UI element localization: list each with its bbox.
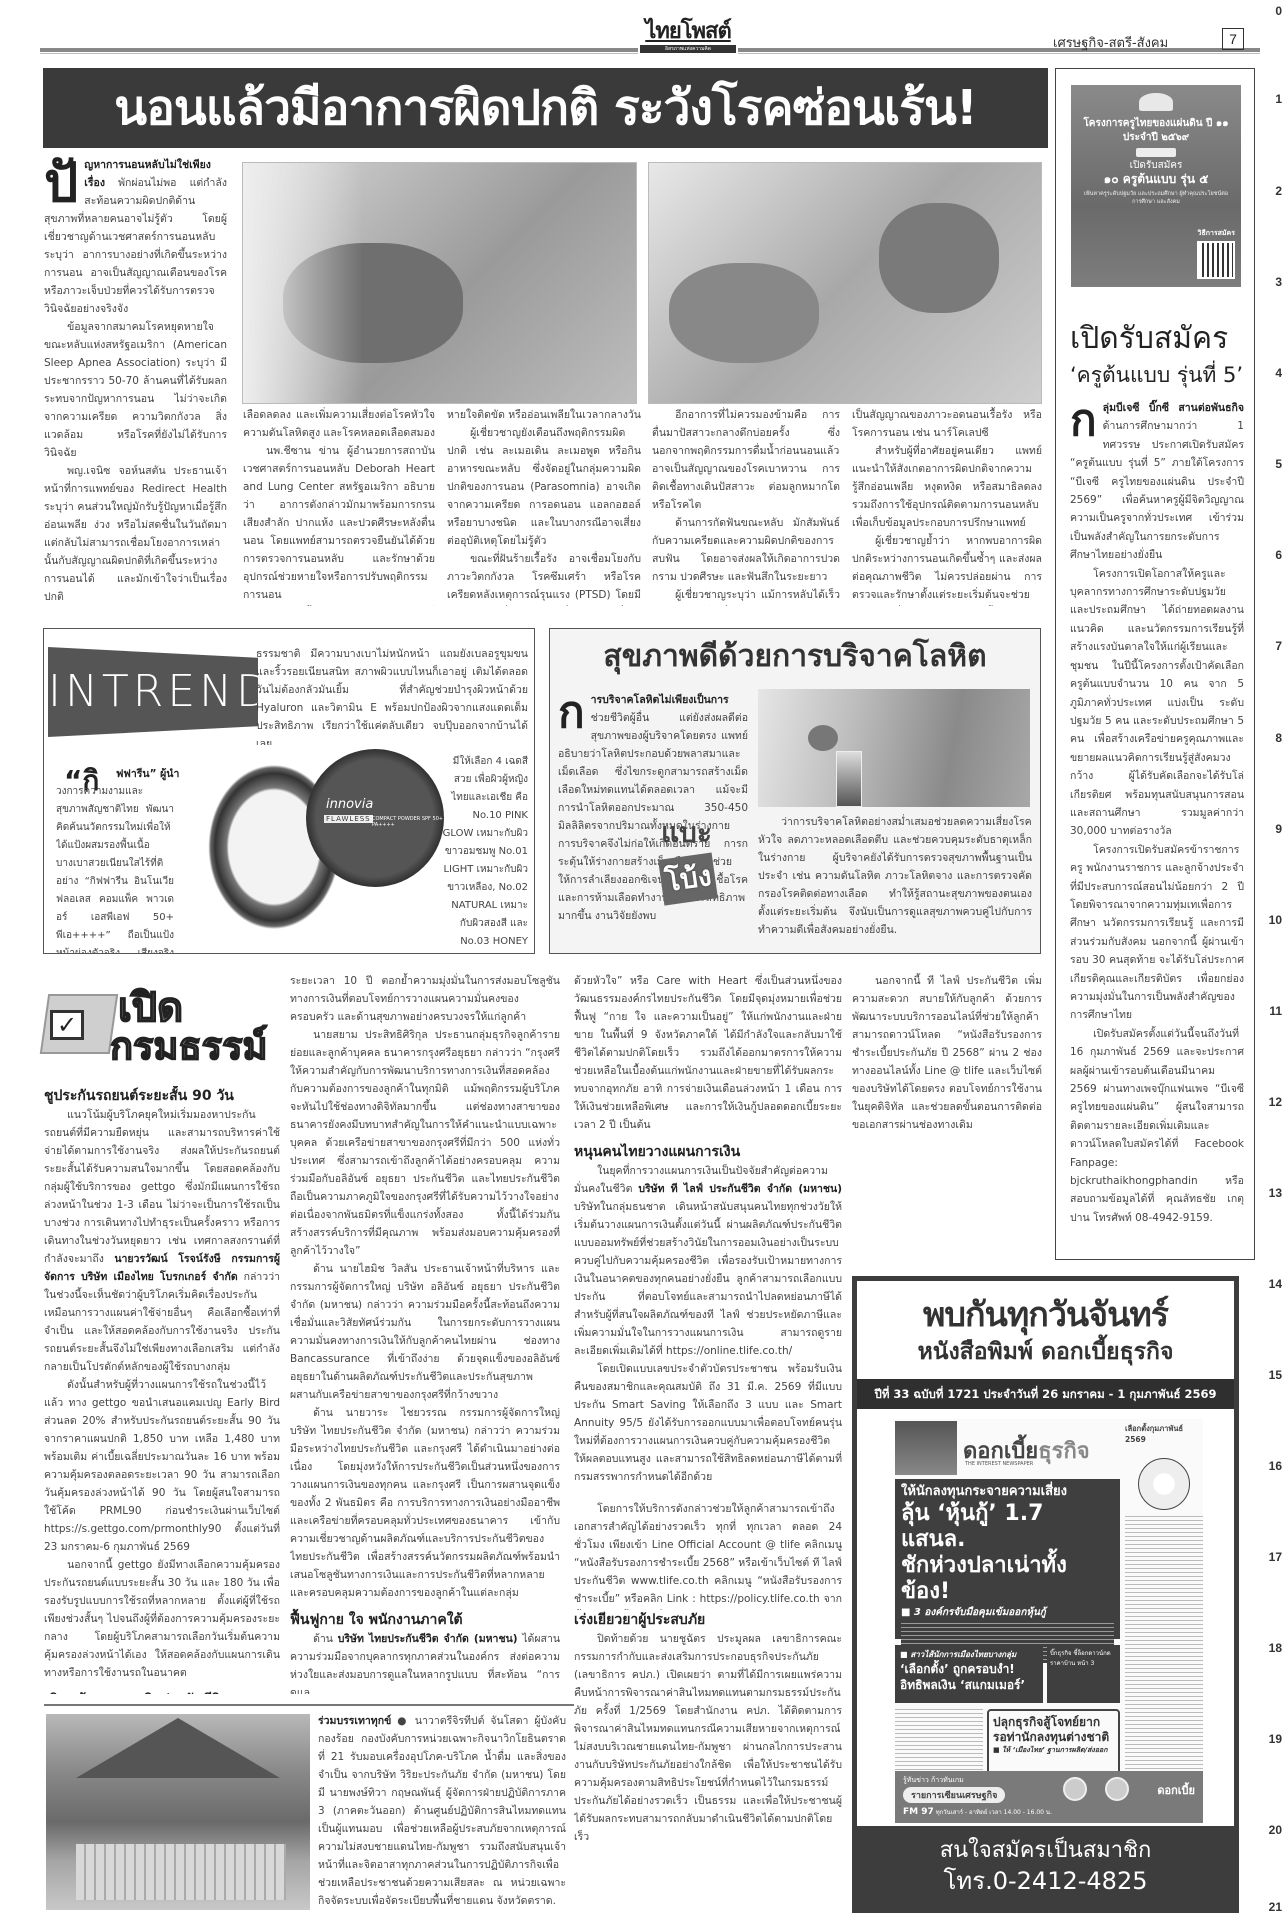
text: ด้าน [313,1633,333,1645]
paragraph: สำหรับผู้ที่อาศัยอยู่คนเดียว แพทย์แนะนำใ… [852,442,1042,532]
poster-line1: โครงการครูไทยของแผ่นดิน ปี ๑๑ [1071,117,1241,131]
column-title-2: กรมธรรม์ [110,1024,268,1068]
paragraph: ด้าน บริษัท ไทยประกันชีวิต จำกัด (มหาชน)… [290,1630,560,1694]
paragraph: โครงการเปิดรับสมัครข้าราชการครู พนักงานร… [1070,841,1244,1025]
paragraph: ด้าน นายวาระ ไชยวรรณ กรรมการผู้จัดการใหญ… [290,1404,560,1602]
ruler-mark: 10 [1269,913,1282,927]
paragraph: มีให้เลือก 4 เฉดสี สวย เพื่อผิวผู้หญิงไท… [442,753,528,951]
poster-line3: เปิดรับสมัคร [1071,160,1241,172]
sleep-article-col5: เป็นสัญญาณของภาวะอดนอนเรื้อรัง หรือโรคกา… [852,406,1042,606]
paragraph: อีกอาการที่ไม่ควรมองข้ามคือ การตื่นมาปัส… [652,406,840,514]
text: แนวโน้มผู้บริโภคยุคใหม่เริ่มมองหาประกันร… [44,1109,280,1265]
paragraph: โดยเปิดแบบเลขประจำตัวบัตรประชาชน พร้อมรั… [574,1360,842,1486]
qr-label: วิธีการสมัคร [1198,228,1235,239]
bullet-icon: ● [397,1715,409,1727]
intrend-banner: INTREND [48,647,258,737]
sidebar-title: เปิดรับสมัคร [1070,321,1228,357]
lead-bold: ลุ่มบีเจซี บิ๊กซี สานต่อพันธกิจ [1103,402,1244,414]
ruler-mark: 1 [1275,92,1282,106]
dropcap: ก [1070,401,1097,441]
blood-title: สุขภาพดีด้วยการบริจาคโลหิต [550,635,1040,679]
front-page-thumbnail [895,1421,957,1475]
stamp-text-1: แบะ [661,816,712,849]
tree-logo-icon [1139,93,1173,111]
intrend-advertorial: INTREND ธรรมชาติ มีความบางเบาไม่หนักหน้า… [43,628,535,954]
ruler-mark: 3 [1275,275,1282,289]
paragraph: เป็นสัญญาณของภาวะอดนอนเรื้อรัง หรือโรคกา… [852,406,1042,442]
sponsor-logos [1136,148,1176,157]
sidebar-subtitle: ‘ครูต้นแบบ รุ่นที่ 5’ [1070,361,1243,389]
csr-caption: ร่วมบรรเทาทุกข์ ● นาวาตรีจิรทีปต์ จันโสด… [318,1712,566,1912]
text: บริษัทในกลุ่มธนชาต เดินหน้าสนับสนุนคนไทย… [574,1201,842,1357]
paragraph: นอกจากนี้ gettgo ยังมีทางเลือกความคุ้มคร… [44,1556,280,1682]
product-brand: innovia [326,797,373,812]
ruler-mark: 5 [1275,457,1282,471]
paragraph: ระยะเวลา 10 ปี ตอกย้ำความมุ่งมั่นในการส่… [290,972,560,1026]
stamp-text-2: โบ้ง [658,852,718,905]
product-type: COMPACT POWDER SPF 50+ PA++++ [372,816,444,828]
paragraph: ผู้เชี่ยวชาญยังเตือนถึงพฤติกรรมผิดปกติ เ… [447,424,641,550]
subheading: หนุนคนไทยวางแผนการเงิน [574,1142,842,1162]
donated-supplies-shape [76,1844,286,1900]
paragraph: เปิดรับสมัครตั้งแต่วันนี้จนถึงวันที่ 16 … [1070,1025,1244,1227]
ruler-mark: 4 [1275,366,1282,380]
sidebar-header: เลือกตั้งกุมภาพันธ์ 2569 [1125,1423,1203,1444]
subheading: ฟื้นฟูกาย ใจ พนักงานภาคใต้ [290,1610,560,1630]
paragraph: นอกจากนี้ การกรนเสียงดังผิดปกติ ก็อาจเป็… [243,604,435,606]
stress-ball-shape [808,725,838,751]
paragraph: ด้านการกัดฟันขณะหลับ มักสัมพันธ์กับความเ… [652,514,840,586]
text: กล่าวว่า ในช่วงนี้จะเห็นชัดว่าผู้บริโภคเ… [44,1271,280,1373]
dropcap: ก [558,693,585,733]
newspaper-front-page-image: ดอกเบี้ยธุรกิจ THE INTEREST NEWSPAPER เล… [895,1419,1203,1819]
intrend-shades-text: มีให้เลือก 4 เฉดสี สวย เพื่อผิวผู้หญิงไท… [442,753,528,951]
sleep-article-col3: หายใจติดขัด หรืออ่อนเพลียในเวลากลางวัน ผ… [447,406,641,606]
ruler-mark: 2 [1275,184,1282,198]
front-page-lead-story: ให้นักลงทุนกระจายความเสี่ยง ลุ้น ‘หุ้นกู… [895,1479,1120,1639]
lead-headline-1: ลุ้น ‘หุ้นกู้’ 1.7 แสนล. [901,1501,1114,1553]
building-roof-shape [76,1718,280,1778]
ruler-mark: 17 [1269,1550,1282,1564]
ruler-mark: 9 [1275,822,1282,836]
subheading: เร่งเยียวยาผู้ประสบภัย [574,1610,842,1630]
poster-line5: เฟ้นหาครูระดับปฐมวัย และประถมศึกษา ผู้ทำ… [1071,190,1241,206]
paragraph: ผู้เชี่ยวชาญย้ำว่า หากพบอาการผิดปกติระหว… [852,532,1042,606]
paragraph: วงการความงามและสุขภาพสัญชาติไทย พัฒนาคิด… [56,783,174,953]
blood-bag-shape [836,751,862,807]
csr-group-photo [46,1714,310,1910]
logo-text: ไทยโพสต์ [645,19,731,44]
bold-name: บริษัท ที ไลฟ์ ประกันชีวิต จำกัด (มหาชน) [638,1183,842,1195]
paragraph: ด้วยหัวใจ” หรือ Care with Heart ซึ่งเป็น… [574,972,842,1134]
ruler-mark: 20 [1269,1823,1282,1837]
front-page-sidebar: เลือกตั้งกุมภาพันธ์ 2569 [1125,1419,1203,1819]
paragraph: ด้าน นายไฮมิช วิลสัน ประธานเจ้าหน้าที่บร… [290,1260,560,1404]
main-headline: นอนแล้วมีอาการผิดปกติ ระวังโรคซ่อนเร้น! [43,68,1048,148]
ruler-mark: 15 [1269,1368,1282,1382]
paragraph: นพ.ชีซาน ข่าน ผู้อำนวยการสถาบันเวชศาสตร์… [243,442,435,604]
subheading: ชูประกันรถยนต์ระยะสั้น 90 วัน [44,1086,280,1106]
page-number: 7 [1222,28,1244,50]
paragraph: นายสยาม ประสิทธิศิริกุล ประธานกลุ่มธุรกิ… [290,1026,560,1260]
paragraph: ธรรมชาติ มีความบางเบาไม่หนักหน้า แถมยังเ… [256,645,528,745]
paragraph: ขณะที่ฝันร้ายเรื้อรัง อาจเชื่อมโยงกับภาว… [447,550,641,606]
ruler-mark: 8 [1275,731,1282,745]
paragraph: เลือดลดลง และเพิ่มความเสี่ยงต่อโรคหัวใจ … [243,406,435,442]
lead-kicker: ให้นักลงทุนกระจายความเสี่ยง [901,1483,1114,1501]
ruler-mark: 21 [1269,1900,1282,1914]
paragraph: ว่าการบริจาคโลหิตอย่างสม่ำเสมอช่วยลดความ… [758,813,1032,939]
sleep-article-col4: อีกอาการที่ไม่ควรมองข้ามคือ การตื่นมาปัส… [652,406,840,606]
radio-station: FM 97 [903,1807,934,1817]
blood-donation-article: สุขภาพดีด้วยการบริจาคโลหิต ก ารบริจาคโลห… [549,628,1041,954]
paragraph: พญ.เจนิซ จอห์นสตัน ประธานเจ้าหน้าที่การแ… [44,462,227,606]
paragraph: ดังนั้นสำหรับผู้ที่วางแผนการใช้รถในช่วงน… [44,1376,280,1556]
ruler-mark: 7 [1275,639,1282,653]
paragraph: นอกจากนี้ ที ไลฟ์ ประกันชีวิต เพิ่มความส… [852,972,1042,1134]
sidebar-teacher-recruitment: โครงการครูไทยของแผ่นดิน ปี ๑๑ ประจำปี ๒๕… [1055,68,1255,1260]
sleep-photo-man-snoring [242,162,637,404]
paragraph: หายใจติดขัด หรืออ่อนเพลียในเวลากลางวัน [447,406,641,424]
ruler-mark: 16 [1269,1459,1282,1473]
bold-name: บริษัท ไทยประกันชีวิต จำกัด (มหาชน) [338,1633,518,1645]
lead-bold: ารบริจาคโลหิตไม่เพียงเป็นการ [591,694,729,706]
paragraph: ในยุคที่การวางแผนการเงินเป็นปัจจัยสำคัญต… [574,1162,842,1360]
radio-brand: ดอกเบี้ย [1157,1781,1195,1799]
photo-pillow-shape [243,163,363,404]
sleep-article-col1: ปั ญหาการนอนหลับไม่ใช่เพียงเรื่อง พักผ่อ… [44,156,227,606]
subscribe-text: สนใจสมัครเป็นสมาชิก [857,1836,1234,1866]
ruler-mark: 11 [1269,1004,1282,1018]
zodiac-wheel-icon [1138,1458,1190,1510]
radio-tagline: รู้ทันข่าว ก้าวทันเกม [903,1775,964,1786]
photo-subject-shape [879,203,999,313]
logo-part-b: ธุรกิจ [1038,1439,1089,1464]
blood-right-text: ว่าการบริจาคโลหิตอย่างสม่ำเสมอช่วยลดความ… [758,813,1032,949]
column-stamp-logo: แบะโบ้ง [661,810,757,856]
radio-program-name: รายการเซียนเศรษฐกิจ [903,1787,1005,1803]
section-label: เศรษฐกิจ-สตรี-สังคม [1053,32,1168,53]
blood-donation-photo [758,689,1030,807]
ruler-mark: 6 [1275,548,1282,562]
recruitment-poster: โครงการครูไทยของแผ่นดิน ปี ๑๑ ประจำปี ๒๕… [1071,85,1241,287]
caption-bold: ร่วมบรรเทาทุกข์ [318,1715,391,1727]
host-photo-1 [1063,1777,1087,1801]
caption-text: นาวาตรีจิรทีปต์ จันโสดา ผู้บังคับกองร้อย… [318,1715,566,1907]
ruler-mark: 19 [1269,1732,1282,1746]
kerd-col2: ระยะเวลา 10 ปี ตอกย้ำความมุ่งมั่นในการส่… [290,972,560,1694]
lead-bold: ฟฟารีน” ผู้นำ [116,768,179,780]
ad-headline: พบกันทุกวันจันทร์ [857,1295,1234,1335]
story-headline: ปลุกธุรกิจสู้โจทย์ยาก รอท่านักลงทุนต่างช… [993,1715,1114,1745]
paragraph: โครงการเปิดโอกาสให้ครูและบุคลากรทางการศึ… [1070,565,1244,841]
product-line: FLAWLESS [324,815,373,823]
schedule-text: ทุกวันเสาร์ - อาทิตย์ เวลา 14.00 - 16.00… [936,1809,1052,1816]
ruler-mark: 0 [1275,4,1282,18]
poster-line4: ๑๐ ครูต้นแบบ รุ่น ๕ [1071,172,1241,186]
poster-line2: ประจำปี ๒๕๖๙ [1071,131,1241,145]
front-page-story-3: บิ๊กธุรกิจ ชี้ล็อกดาวน์กดราคาบ้าน หน้า 3 [1047,1645,1120,1703]
ad-issue-bar: ปีที่ 33 ฉบับที่ 1721 ประจำวันที่ 26 มกร… [857,1379,1234,1409]
sleep-photo-couple-in-bed [648,162,1042,404]
compact-powder-lid-image: innovia FLAWLESS COMPACT POWDER SPF 50+ … [306,749,444,887]
subscribe-phone[interactable]: โทร.0-2412-4825 [857,1866,1234,1896]
radio-program-banner: รู้ทันข่าว ก้าวทันเกม รายการเซียนเศรษฐกิ… [895,1771,1203,1823]
ruler-mark: 13 [1269,1186,1282,1200]
story-kicker: ■ สาวไส้นักการเมืองไทยบางกลุ่ม [900,1648,1038,1661]
intrend-right-text: ธรรมชาติ มีความบางเบาไม่หนักหน้า แถมยังเ… [256,645,528,745]
qr-code-icon[interactable] [1197,241,1235,279]
newspaper-logo: ไทยโพสต์ อิสรภาพแห่งความคิด [638,20,738,56]
subscription-cta[interactable]: สนใจสมัครเป็นสมาชิก โทร.0-2412-4825 [857,1826,1234,1908]
kerd-col1: ชูประกันรถยนต์ระยะสั้น 90 วัน แนวโน้มผู้… [44,1086,280,1694]
lead-subhead: ■ 3 องค์กรจับมือคุมเข้มออกหุ้นกู้ [901,1605,1114,1621]
front-page-story-2: ■ สาวไส้นักการเมืองไทยบางกลุ่ม ‘เลือกตั้… [895,1645,1043,1703]
sleep-article-col2: เลือดลดลง และเพิ่มความเสี่ยงต่อโรคหัวใจ … [243,406,435,606]
intrend-left-text: วงการความงามและสุขภาพสัญชาติไทย พัฒนาคิด… [56,783,174,953]
logo-subtitle: THE INTEREST NEWSPAPER [965,1461,1033,1467]
paragraph: ร่วมบรรเทาทุกข์ ● นาวาตรีจิรทีปต์ จันโสด… [318,1712,566,1910]
story-subhead: ■ ให้ ‘เมืองไทย’ ฐานการผลิต/ส่งออก [993,1745,1114,1756]
checkbox-check-icon: ✓ [50,1010,84,1040]
story-headline: ‘เลือกตั้ง’ ถูกครอบงำ! อิทธิพลเงิน ‘สแกม… [900,1661,1038,1693]
radio-schedule: FM 97 ทุกวันเสาร์ - อาทิตย์ เวลา 14.00 -… [903,1807,1052,1817]
sidebar-body: ก ลุ่มบีเจซี บิ๊กซี สานต่อพันธกิจ ด้านกา… [1070,399,1244,1249]
lead-headline-2: ชักห่วงปลาเน่าทั้งข้อง! [901,1553,1114,1605]
paragraph: ข้อมูลจากสมาคมโรคหยุดหายใจขณะหลับแห่งสหร… [44,318,227,462]
paragraph: แนวโน้มผู้บริโภคยุคใหม่เริ่มมองหาประกันร… [44,1106,280,1376]
dokbia-subscription-ad: พบกันทุกวันจันทร์ หนังสือพิมพ์ ดอกเบี้ยธ… [852,1276,1239,1913]
photo-subject-shape [669,263,819,363]
host-photo-2 [1105,1777,1129,1801]
dropcap: ปั [44,158,78,206]
subheading: เดินหน้าขยายธุรกิจประกันชีวิต [44,1690,280,1694]
kerd-col3-final: เร่งเยียวยาผู้ประสบภัย ปิดท้ายด้วย นายชู… [574,1610,842,1910]
ad-subheadline: หนังสือพิมพ์ ดอกเบี้ยธุรกิจ [857,1337,1234,1367]
ruler-mark: 18 [1269,1641,1282,1655]
ruler-mark: 14 [1269,1277,1282,1291]
paragraph: ปิดท้ายด้วย นายชูฉัตร ประมูลผล เลขาธิการ… [574,1630,842,1846]
paragraph: ผู้เชี่ยวชาญระบุว่า แม้การหลับได้เร็วจะด… [652,586,840,606]
logo-tagline: อิสรภาพแห่งความคิด [640,45,736,53]
kerd-col4: นอกจากนี้ ที ไลฟ์ ประกันชีวิต เพิ่มความส… [852,972,1042,1270]
ruler-mark: 12 [1269,1095,1282,1109]
